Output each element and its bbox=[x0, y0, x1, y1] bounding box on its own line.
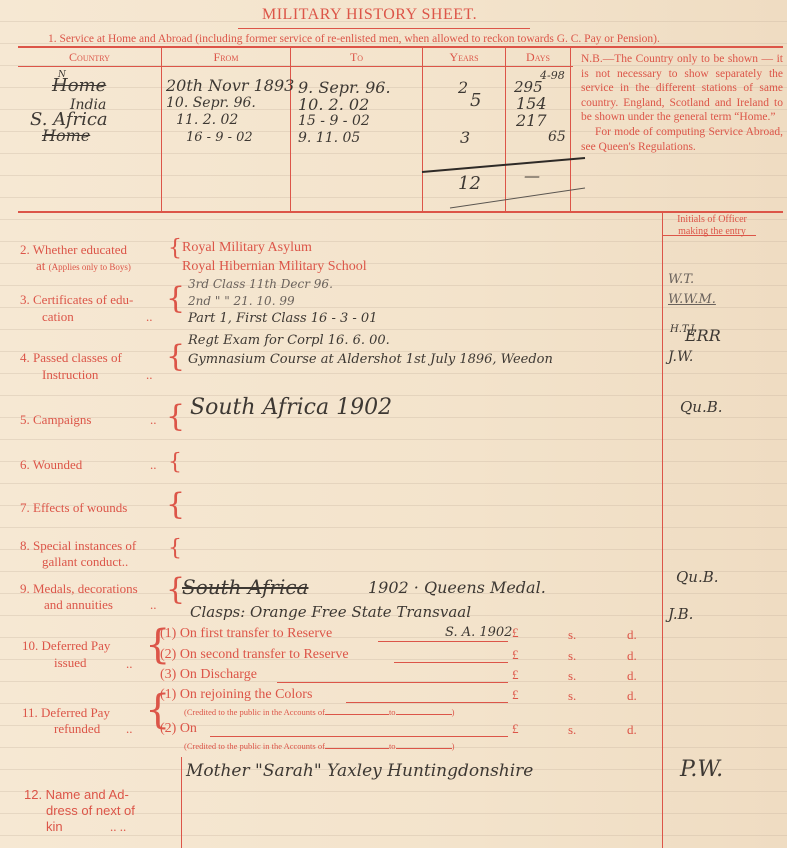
pound-sign: £ bbox=[512, 667, 519, 683]
close-paren: ) bbox=[452, 741, 455, 751]
table-row-country: Home bbox=[42, 128, 90, 143]
classes-label-2: Instruction bbox=[42, 366, 98, 383]
dots: .. bbox=[146, 308, 153, 325]
officer-initials: ERR bbox=[685, 328, 721, 343]
table-row-days: 217 bbox=[516, 113, 547, 128]
refund-line-1: (1) On rejoining the Colors bbox=[160, 686, 312, 703]
brace: { bbox=[168, 238, 182, 260]
nb-note-para1: N.B.—The Country only to be shown — it i… bbox=[581, 52, 783, 125]
dots: .. bbox=[126, 720, 133, 737]
certificate-entry: Part 1, First Class 16 - 3 - 01 bbox=[188, 311, 377, 326]
brace: { bbox=[166, 402, 185, 432]
pence-sign: d. bbox=[627, 648, 637, 664]
shilling-sign: s. bbox=[568, 688, 576, 704]
nb-note: N.B.—The Country only to be shown — it i… bbox=[581, 52, 783, 154]
refund-line-2: (2) On bbox=[160, 720, 197, 737]
pence-sign: d. bbox=[627, 688, 637, 704]
nb-note-para2: For mode of computing Service Abroad, se… bbox=[581, 125, 783, 154]
table-top-rule bbox=[18, 46, 783, 48]
officer-initials: Qu.B. bbox=[680, 400, 723, 415]
table-row-days: 154 bbox=[516, 96, 547, 111]
shilling-sign: s. bbox=[568, 627, 576, 643]
shilling-sign: s. bbox=[568, 722, 576, 738]
deferred-refunded-label-2: refunded bbox=[54, 720, 100, 737]
pound-sign: £ bbox=[512, 647, 519, 663]
deferred-refunded-label: 11. Deferred Pay bbox=[22, 704, 110, 721]
pound-sign: £ bbox=[512, 721, 519, 737]
certificates-label-2: cation bbox=[42, 308, 74, 325]
pence-sign: d. bbox=[627, 627, 637, 643]
pence-sign: d. bbox=[627, 722, 637, 738]
col-header-to: To bbox=[291, 50, 422, 65]
classes-label: 4. Passed classes of bbox=[20, 349, 122, 366]
col-header-from: From bbox=[162, 50, 290, 65]
dots: .. bbox=[150, 456, 157, 473]
next-of-kin-label-2: dress of next of bbox=[46, 802, 135, 819]
medals-entry-struck: South Africa bbox=[182, 580, 308, 595]
next-of-kin-label-3: kin bbox=[46, 818, 63, 835]
shilling-sign: s. bbox=[568, 648, 576, 664]
table-row-country: Home bbox=[52, 78, 106, 93]
officer-initials: W.T. bbox=[668, 272, 694, 287]
education-option-1: Royal Military Asylum bbox=[182, 239, 312, 256]
close-paren: ) bbox=[452, 707, 455, 717]
certificate-entry: 3rd Class 11th Decr 96. bbox=[188, 277, 333, 292]
total-years: 12 bbox=[458, 176, 481, 191]
brace: { bbox=[166, 284, 185, 314]
deferred-issued-label: 10. Deferred Pay bbox=[22, 637, 110, 654]
education-label: 2. Whether educated bbox=[20, 241, 127, 258]
medals-clasps: Clasps: Orange Free State Transvaal bbox=[190, 605, 471, 620]
table-row-country: S. Africa bbox=[30, 112, 108, 127]
campaigns-entry: South Africa 1902 bbox=[190, 400, 392, 415]
dots: .. bbox=[150, 411, 157, 428]
table-row-days: 65 bbox=[548, 130, 566, 145]
officer-initials: J.W. bbox=[668, 350, 693, 365]
gallant-label-2: gallant conduct.. bbox=[42, 553, 128, 570]
dots: .. bbox=[150, 596, 157, 613]
certificate-entry: 2nd " " 21. 10. 99 bbox=[188, 294, 295, 309]
table-row-to: 10. 2. 02 bbox=[298, 97, 369, 112]
to-text: to bbox=[389, 741, 396, 751]
medals-label: 9. Medals, decorations bbox=[20, 580, 138, 597]
table-row-from: 11. 2. 02 bbox=[176, 113, 238, 128]
campaigns-label: 5. Campaigns bbox=[20, 411, 92, 428]
officer-initials: W.W.M. bbox=[668, 292, 716, 307]
table-row-from: 16 - 9 - 02 bbox=[186, 130, 253, 145]
next-of-kin-brace-rule bbox=[181, 757, 182, 848]
col-header-years: Years bbox=[423, 50, 505, 65]
next-of-kin-entry: Mother "Sarah" Yaxley Huntingdonshire bbox=[186, 764, 533, 779]
pound-sign: £ bbox=[512, 625, 519, 641]
table-row-years: 3 bbox=[460, 130, 470, 145]
medals-clasp-date: S. A. 1902 bbox=[445, 625, 512, 640]
total-days: — bbox=[524, 168, 540, 183]
wounded-label: 6. Wounded bbox=[20, 456, 82, 473]
brace: { bbox=[168, 452, 182, 474]
table-row-to: 9. 11. 05 bbox=[298, 131, 360, 146]
credited-note-1: (Credited to the public in the Accounts … bbox=[184, 707, 454, 717]
medals-label-2: and annuities bbox=[44, 596, 113, 613]
next-of-kin-label: 12. Name and Ad- bbox=[24, 786, 129, 803]
amount-line bbox=[277, 682, 508, 683]
medals-entry: 1902 · Queens Medal. bbox=[368, 580, 546, 595]
deferred-line: (2) On second transfer to Reserve bbox=[160, 646, 349, 663]
brace: { bbox=[168, 538, 182, 560]
col-header-days: Days bbox=[506, 50, 570, 65]
education-label-2: at (Applies only to Boys) bbox=[36, 257, 131, 276]
title-underline bbox=[238, 28, 530, 29]
table-bottom-rule bbox=[18, 211, 783, 213]
deferred-line: (1) On first transfer to Reserve bbox=[160, 625, 332, 642]
classes-entry: Regt Exam for Corpl 16. 6. 00. bbox=[188, 333, 390, 348]
col-header-country: Country bbox=[18, 50, 161, 65]
education-note: (Applies only to Boys) bbox=[49, 262, 131, 272]
days-annotation: 4-98 bbox=[540, 68, 565, 83]
initials-column-rule bbox=[662, 213, 663, 848]
table-row-to: 15 - 9 - 02 bbox=[298, 114, 370, 129]
pence-sign: d. bbox=[627, 668, 637, 684]
amount-line bbox=[210, 736, 508, 737]
dots: .. bbox=[146, 366, 153, 383]
brace: { bbox=[166, 342, 185, 372]
table-row-years: 5 bbox=[470, 93, 481, 108]
dots: .. bbox=[126, 655, 133, 672]
amount-line bbox=[378, 641, 508, 642]
table-row-to: 9. Sepr. 96. bbox=[298, 80, 391, 95]
deferred-issued-label-2: issued bbox=[54, 654, 87, 671]
gallant-label: 8. Special instances of bbox=[20, 537, 136, 554]
table-row-from: 10. Sepr. 96. bbox=[166, 96, 256, 111]
amount-line bbox=[346, 702, 508, 703]
effects-label: 7. Effects of wounds bbox=[20, 499, 127, 516]
brace: { bbox=[166, 490, 185, 520]
to-text: to bbox=[389, 707, 396, 717]
table-header-rule bbox=[18, 66, 573, 67]
total-rule bbox=[420, 150, 590, 210]
table-row-from: 20th Novr 1893 bbox=[166, 78, 294, 93]
col-divider bbox=[290, 47, 291, 211]
officer-initials: P.W. bbox=[680, 762, 723, 777]
col-divider bbox=[161, 47, 162, 211]
credited-note-2: (Credited to the public in the Accounts … bbox=[184, 741, 454, 751]
deferred-line: (3) On Discharge bbox=[160, 666, 257, 683]
section1-heading: 1. Service at Home and Abroad (including… bbox=[48, 33, 660, 45]
initials-header: Initials of Officer making the entry bbox=[666, 214, 758, 238]
dots: .. .. bbox=[110, 818, 126, 835]
credited-text: (Credited to the public in the Accounts … bbox=[184, 707, 325, 717]
pound-sign: £ bbox=[512, 687, 519, 703]
certificates-label: 3. Certificates of edu- bbox=[20, 291, 133, 308]
officer-initials: Qu.B. bbox=[676, 570, 719, 585]
classes-entry: Gymnasium Course at Aldershot 1st July 1… bbox=[188, 352, 553, 367]
credited-text: (Credited to the public in the Accounts … bbox=[184, 741, 325, 751]
education-option-2: Royal Hibernian Military School bbox=[182, 258, 367, 275]
page-title: MILITARY HISTORY SHEET. bbox=[262, 6, 477, 24]
officer-initials: J.B. bbox=[668, 607, 693, 622]
amount-line bbox=[394, 662, 508, 663]
table-row-years: 2 bbox=[458, 80, 468, 95]
shilling-sign: s. bbox=[568, 668, 576, 684]
table-row-days: 295 bbox=[514, 80, 543, 95]
education-at: at bbox=[36, 258, 45, 273]
